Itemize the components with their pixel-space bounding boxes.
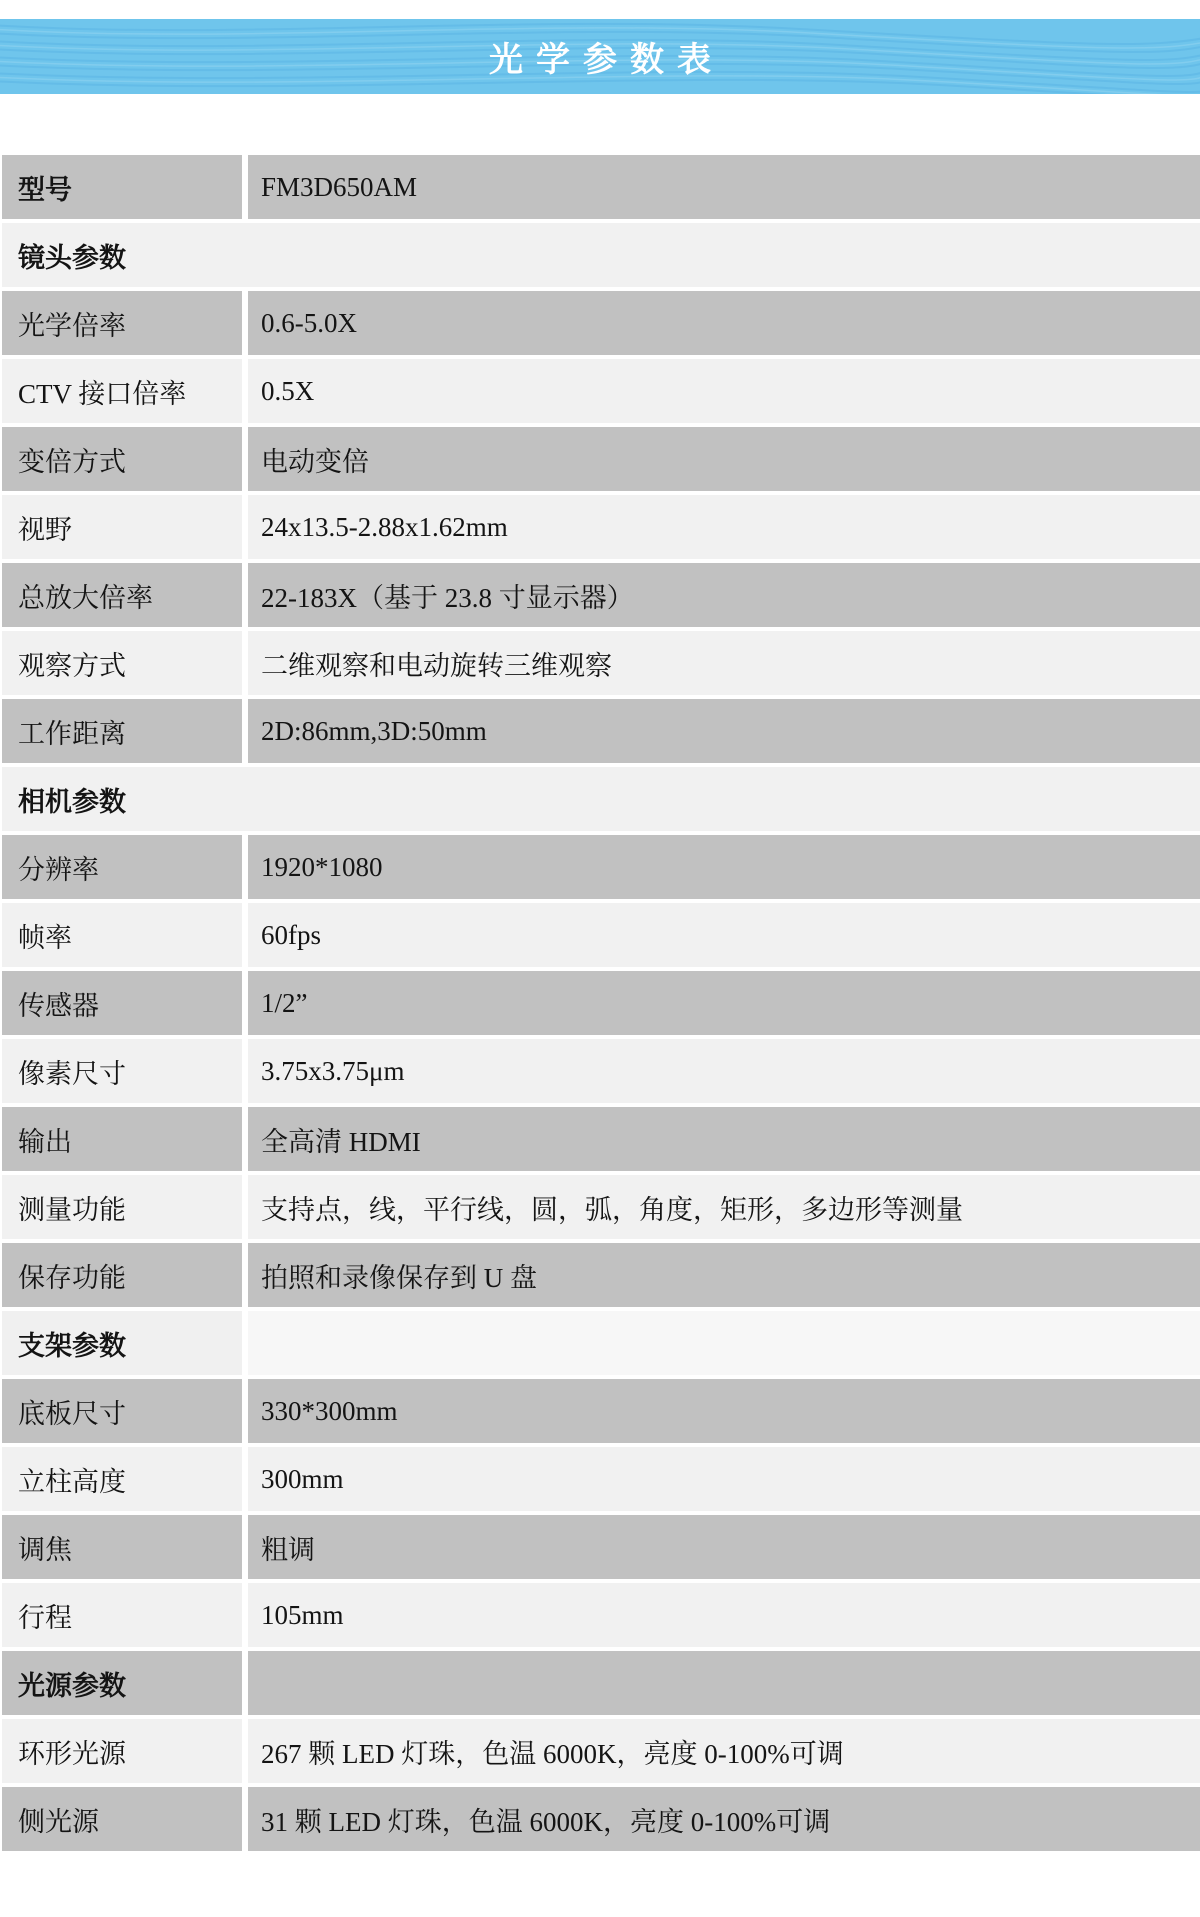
row-value: 330*300mm xyxy=(248,1379,1200,1443)
row-label: 行程 xyxy=(2,1583,242,1647)
table-row: 行程105mm xyxy=(2,1583,1200,1647)
row-value: 60fps xyxy=(248,903,1200,967)
row-value: 1/2” xyxy=(248,971,1200,1035)
row-value: 粗调 xyxy=(248,1515,1200,1579)
row-value: 1920*1080 xyxy=(248,835,1200,899)
table-row: 帧率60fps xyxy=(2,903,1200,967)
row-label: 总放大倍率 xyxy=(2,563,242,627)
table-row: 侧光源31 颗 LED 灯珠，色温 6000K，亮度 0-100%可调 xyxy=(2,1787,1200,1851)
section-header-row: 镜头参数 xyxy=(2,223,1200,287)
section-header-row: 光源参数 xyxy=(2,1651,1200,1715)
table-row: 输出全高清 HDMI xyxy=(2,1107,1200,1171)
spec-table: 型号FM3D650AM镜头参数光学倍率0.6-5.0XCTV 接口倍率0.5X变… xyxy=(0,155,1200,1855)
table-row: 分辨率1920*1080 xyxy=(2,835,1200,899)
row-label: 保存功能 xyxy=(2,1243,242,1307)
row-label: 视野 xyxy=(2,495,242,559)
table-row: 总放大倍率22-183X（基于 23.8 寸显示器） xyxy=(2,563,1200,627)
row-value: 拍照和录像保存到 U 盘 xyxy=(248,1243,1200,1307)
table-row: 光学倍率0.6-5.0X xyxy=(2,291,1200,355)
table-row: 视野24x13.5-2.88x1.62mm xyxy=(2,495,1200,559)
table-row: 测量功能支持点，线，平行线，圆，弧，角度，矩形，多边形等测量 xyxy=(2,1175,1200,1239)
row-value: 电动变倍 xyxy=(248,427,1200,491)
row-value: 24x13.5-2.88x1.62mm xyxy=(248,495,1200,559)
row-value: 300mm xyxy=(248,1447,1200,1511)
row-label: 型号 xyxy=(2,155,242,219)
table-row: 工作距离2D:86mm,3D:50mm xyxy=(2,699,1200,763)
row-label: 帧率 xyxy=(2,903,242,967)
title-banner: 光学参数表 xyxy=(0,19,1200,94)
table-row: 观察方式二维观察和电动旋转三维观察 xyxy=(2,631,1200,695)
row-label: 像素尺寸 xyxy=(2,1039,242,1103)
table-row: CTV 接口倍率0.5X xyxy=(2,359,1200,423)
row-value: 22-183X（基于 23.8 寸显示器） xyxy=(248,563,1200,627)
row-label: 观察方式 xyxy=(2,631,242,695)
table-row: 型号FM3D650AM xyxy=(2,155,1200,219)
row-value: 二维观察和电动旋转三维观察 xyxy=(248,631,1200,695)
row-label: 侧光源 xyxy=(2,1787,242,1851)
row-value: 267 颗 LED 灯珠，色温 6000K，亮度 0-100%可调 xyxy=(248,1719,1200,1783)
section-title: 镜头参数 xyxy=(2,223,1200,287)
row-value: FM3D650AM xyxy=(248,155,1200,219)
section-header-row: 相机参数 xyxy=(2,767,1200,831)
table-row: 环形光源267 颗 LED 灯珠，色温 6000K，亮度 0-100%可调 xyxy=(2,1719,1200,1783)
row-label: 工作距离 xyxy=(2,699,242,763)
table-row: 保存功能拍照和录像保存到 U 盘 xyxy=(2,1243,1200,1307)
row-label: 调焦 xyxy=(2,1515,242,1579)
row-value: 3.75x3.75μm xyxy=(248,1039,1200,1103)
row-label: 测量功能 xyxy=(2,1175,242,1239)
row-value: 0.5X xyxy=(248,359,1200,423)
table-row: 立柱高度300mm xyxy=(2,1447,1200,1511)
table-row: 变倍方式电动变倍 xyxy=(2,427,1200,491)
row-label: 输出 xyxy=(2,1107,242,1171)
row-label: 立柱高度 xyxy=(2,1447,242,1511)
section-title: 支架参数 xyxy=(2,1311,242,1375)
row-label: 传感器 xyxy=(2,971,242,1035)
row-value: 全高清 HDMI xyxy=(248,1107,1200,1171)
section-header-row: 支架参数 xyxy=(2,1311,1200,1375)
row-label: 分辨率 xyxy=(2,835,242,899)
row-value xyxy=(248,1651,1200,1715)
row-value: 31 颗 LED 灯珠，色温 6000K，亮度 0-100%可调 xyxy=(248,1787,1200,1851)
row-value: 105mm xyxy=(248,1583,1200,1647)
section-title: 光源参数 xyxy=(2,1651,242,1715)
row-value: 支持点，线，平行线，圆，弧，角度，矩形，多边形等测量 xyxy=(248,1175,1200,1239)
row-label: 环形光源 xyxy=(2,1719,242,1783)
table-row: 底板尺寸330*300mm xyxy=(2,1379,1200,1443)
row-value xyxy=(248,1311,1200,1375)
page-title: 光学参数表 xyxy=(0,19,1200,94)
row-value: 0.6-5.0X xyxy=(248,291,1200,355)
table-row: 传感器1/2” xyxy=(2,971,1200,1035)
section-title: 相机参数 xyxy=(2,767,1200,831)
row-label: CTV 接口倍率 xyxy=(2,359,242,423)
table-row: 调焦粗调 xyxy=(2,1515,1200,1579)
table-row: 像素尺寸3.75x3.75μm xyxy=(2,1039,1200,1103)
row-label: 光学倍率 xyxy=(2,291,242,355)
row-label: 底板尺寸 xyxy=(2,1379,242,1443)
row-value: 2D:86mm,3D:50mm xyxy=(248,699,1200,763)
row-label: 变倍方式 xyxy=(2,427,242,491)
